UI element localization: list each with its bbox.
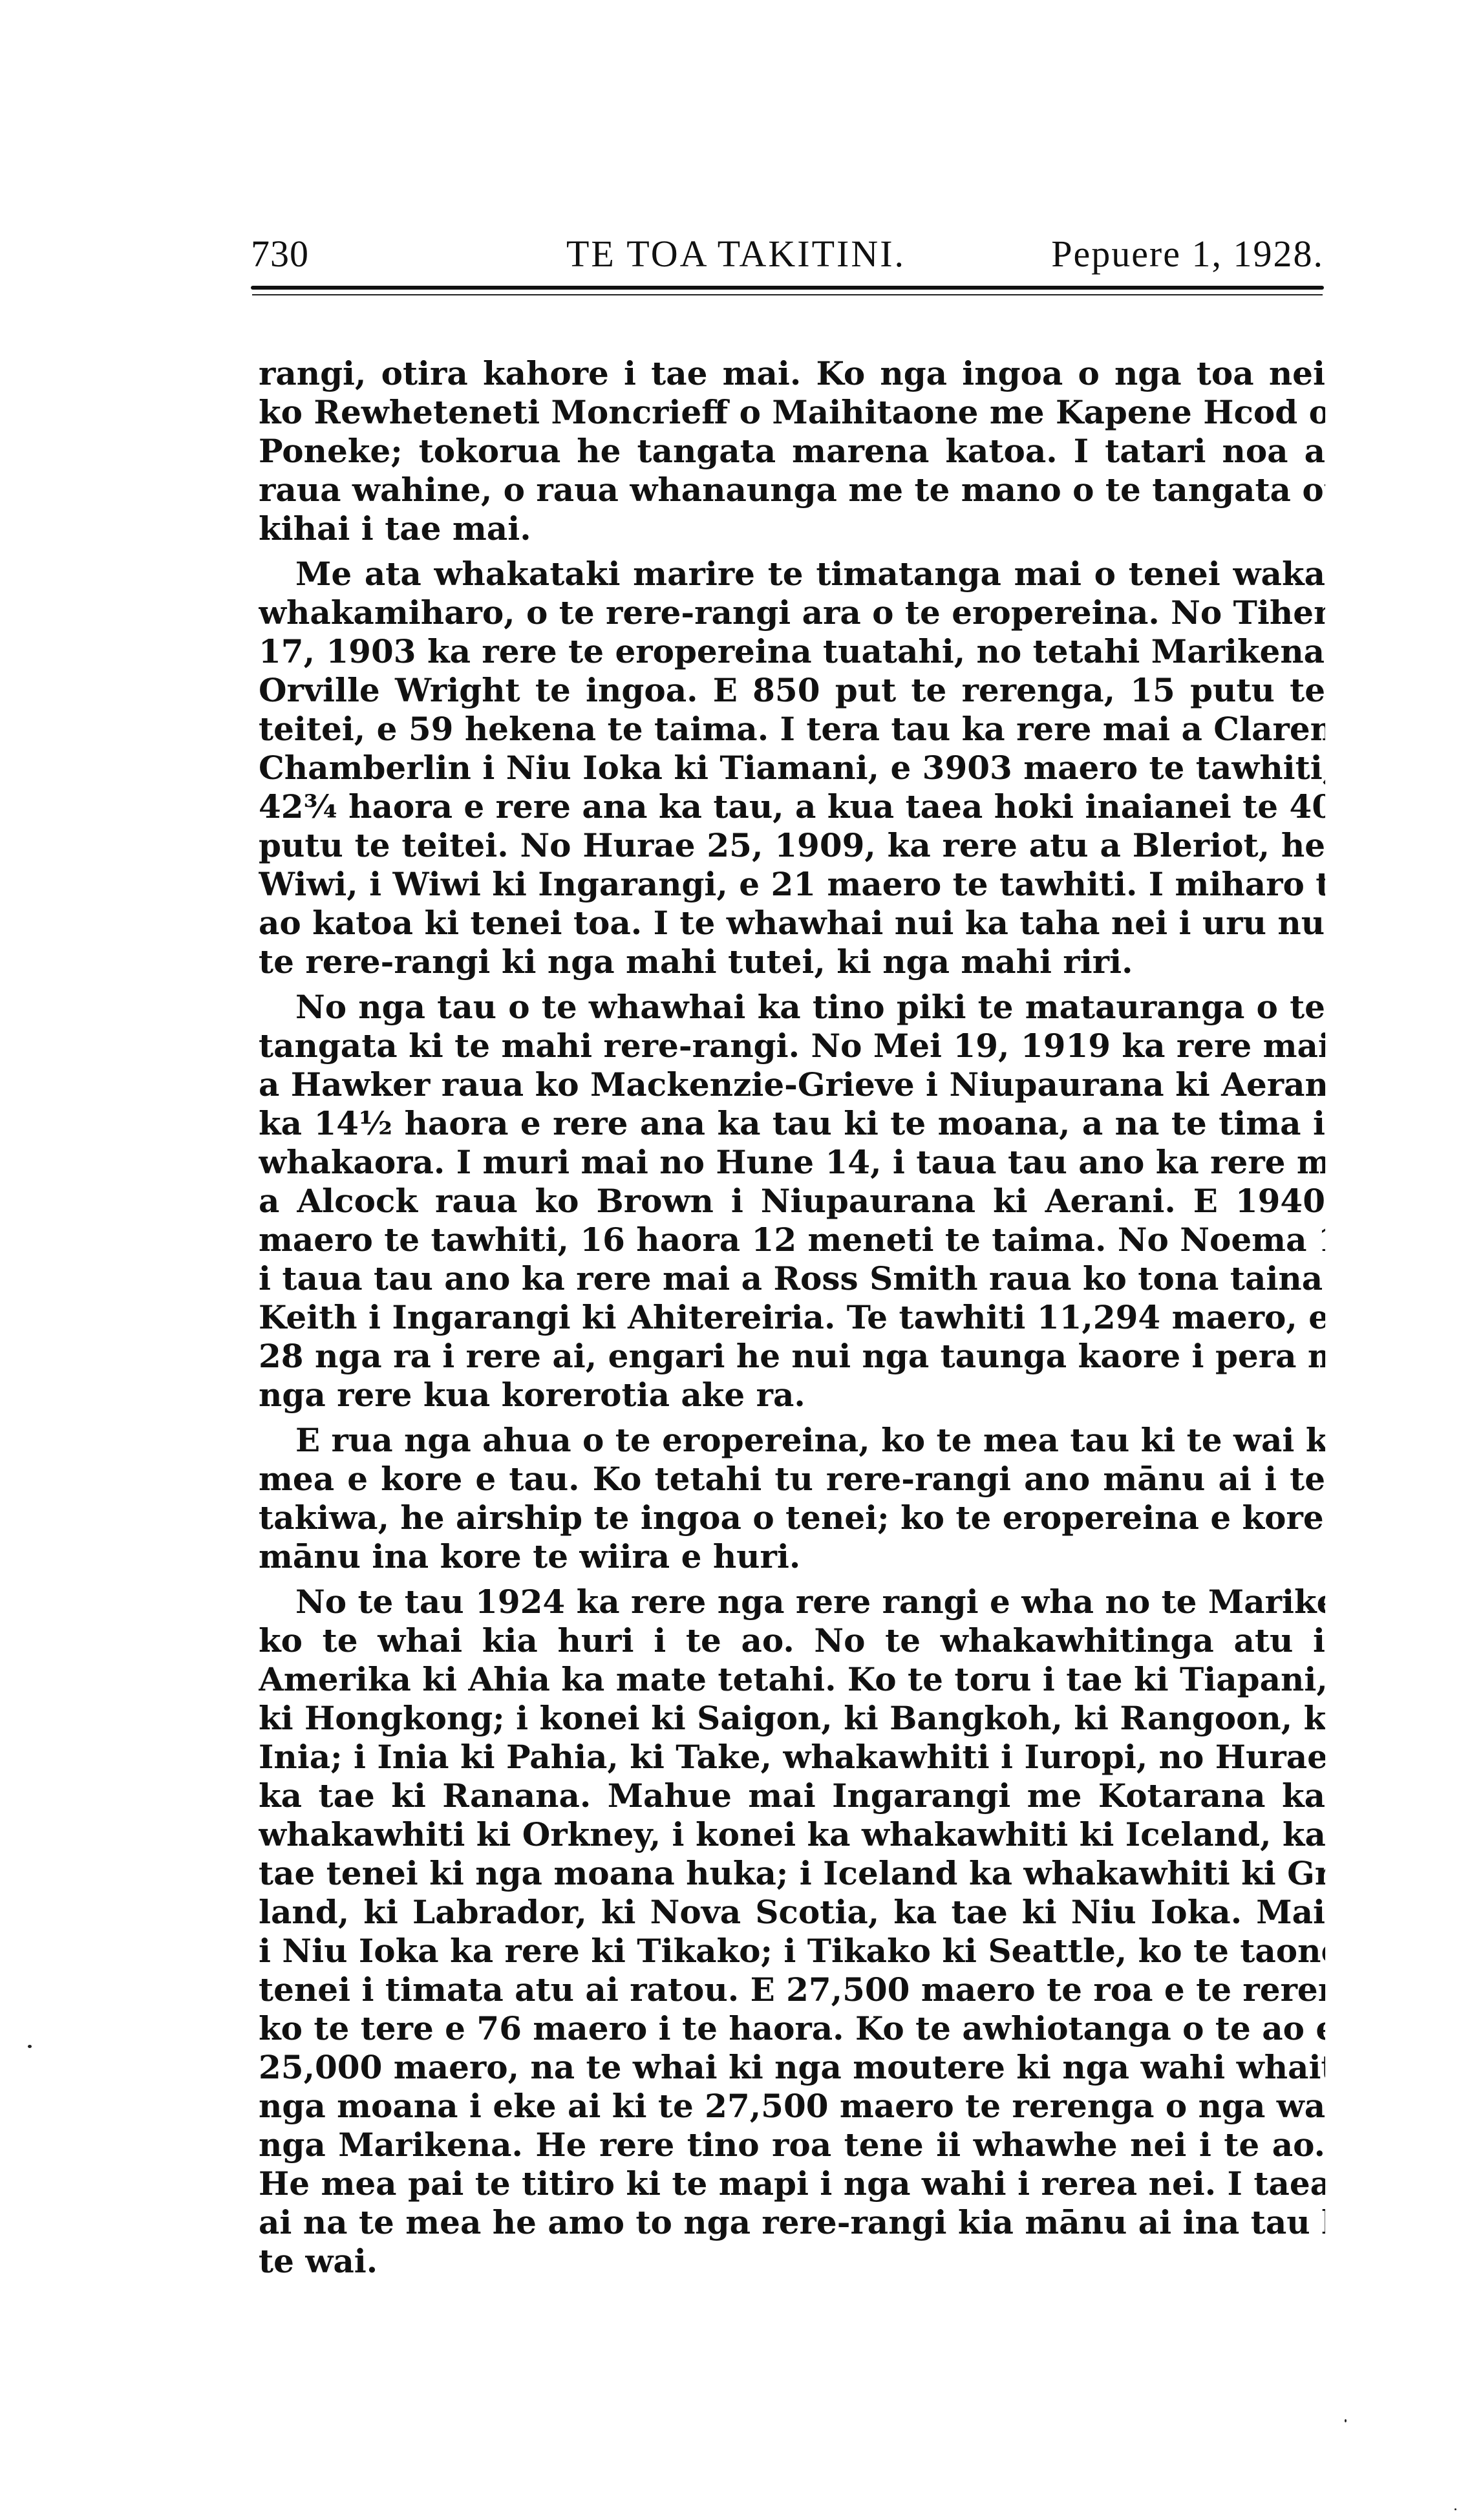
text-line: ka 14½ haora e rere ana ka tau ki te moa… <box>259 1104 1325 1143</box>
text-line: a Hawker raua ko Mackenzie-Grieve i Niup… <box>259 1065 1325 1104</box>
text-line: kihai i tae mai. <box>259 509 1325 548</box>
text-line: takiwa, he airship te ingoa o tenei; ko … <box>259 1499 1325 1537</box>
text-line: Chamberlin i Niu Ioka ki Tiamani, e 3903… <box>259 749 1325 787</box>
text-line: mānu ina kore te wiira e huri. <box>259 1537 1325 1576</box>
text-line: raua wahine, o raua whanaunga me te mano… <box>259 471 1325 509</box>
text-line: Keith i Ingarangi ki Ahitereiria. Te taw… <box>259 1298 1325 1337</box>
text-line: He mea pai te titiro ki te mapi i nga wa… <box>259 2164 1325 2203</box>
text-line: ko Rewheteneti Moncrieff o Maihitaone me… <box>259 393 1325 432</box>
text-line: whakamiharo, o te rere-rangi ara o te er… <box>259 593 1325 632</box>
text-line: whakaora. I muri mai no Hune 14, i taua … <box>259 1143 1325 1182</box>
text-line: i taua tau ano ka rere mai a Ross Smith … <box>259 1259 1325 1298</box>
paragraph: E rua nga ahua o te eropereina, ko te me… <box>259 1421 1325 1576</box>
paragraph: rangi, otira kahore i tae mai. Ko nga in… <box>259 354 1325 548</box>
text-line: tangata ki te mahi rere-rangi. No Mei 19… <box>259 1027 1325 1065</box>
text-line: ki Hongkong; i konei ki Saigon, ki Bangk… <box>259 1699 1325 1738</box>
text-line: ko te tere e 76 maero i te haora. Ko te … <box>259 2009 1325 2048</box>
text-line: 17, 1903 ka rere te eropereina tuatahi, … <box>259 632 1325 671</box>
text-line: ao katoa ki tenei toa. I te whawhai nui … <box>259 904 1325 943</box>
text-line: i Niu Ioka ka rere ki Tikako; i Tikako k… <box>259 1932 1325 1970</box>
text-line: tenei i timata atu ai ratou. E 27,500 ma… <box>259 1970 1325 2009</box>
scan-speck <box>28 2045 32 2048</box>
journal-title: TE TOA TAKITINI. <box>566 231 906 277</box>
running-header: 730 TE TOA TAKITINI. Pepuere 1, 1928. <box>251 231 1324 277</box>
document-page: 730 TE TOA TAKITINI. Pepuere 1, 1928. ra… <box>0 0 1481 2520</box>
page-number: 730 <box>251 231 309 277</box>
scan-speck <box>1454 2508 1456 2510</box>
text-line: ka tae ki Ranana. Mahue mai Ingarangi me… <box>259 1777 1325 1815</box>
text-line: nga Marikena. He rere tino roa tene ii w… <box>259 2126 1325 2164</box>
text-line: nga rere kua korerotia ake ra. <box>259 1376 1325 1415</box>
text-line: Wiwi, i Wiwi ki Ingarangi, e 21 maero te… <box>259 865 1325 904</box>
text-line: whakawhiti ki Orkney, i konei ka whakawh… <box>259 1815 1325 1854</box>
text-line: 25,000 maero, na te whai ki nga moutere … <box>259 2048 1325 2087</box>
text-line: Orville Wright te ingoa. E 850 put te re… <box>259 671 1325 710</box>
header-rule-thick <box>251 286 1324 290</box>
text-line: tae tenei ki nga moana huka; i Iceland k… <box>259 1854 1325 1893</box>
text-line: 42¾ haora e rere ana ka tau, a kua taea … <box>259 787 1325 826</box>
text-line: Inia; i Inia ki Pahia, ki Take, whakawhi… <box>259 1738 1325 1777</box>
text-line: land, ki Labrador, ki Nova Scotia, ka ta… <box>259 1893 1325 1932</box>
text-line: rangi, otira kahore i tae mai. Ko nga in… <box>259 354 1325 393</box>
text-line: Poneke; tokorua he tangata marena katoa.… <box>259 432 1325 471</box>
text-line: Me ata whakataki marire te timatanga mai… <box>259 555 1325 593</box>
text-line: 28 nga ra i rere ai, engari he nui nga t… <box>259 1337 1325 1376</box>
text-line: a Alcock raua ko Brown i Niupaurana ki A… <box>259 1182 1325 1221</box>
text-line: putu te teitei. No Hurae 25, 1909, ka re… <box>259 826 1325 865</box>
text-line: No te tau 1924 ka rere nga rere rangi e … <box>259 1583 1325 1621</box>
header-rule-thin <box>252 294 1323 295</box>
issue-date: Pepuere 1, 1928. <box>1051 231 1324 277</box>
text-line: ko te whai kia huri i te ao. No te whaka… <box>259 1621 1325 1660</box>
scan-speck <box>1345 2419 1347 2422</box>
text-line: maero te tawhiti, 16 haora 12 meneti te … <box>259 1221 1325 1259</box>
text-line: E rua nga ahua o te eropereina, ko te me… <box>259 1421 1325 1460</box>
text-line: No nga tau o te whawhai ka tino piki te … <box>259 988 1325 1027</box>
text-line: nga moana i eke ai ki te 27,500 maero te… <box>259 2087 1325 2126</box>
text-line: mea e kore e tau. Ko tetahi tu rere-rang… <box>259 1460 1325 1499</box>
paragraph: No nga tau o te whawhai ka tino piki te … <box>259 988 1325 1415</box>
text-line: teitei, e 59 hekena te taima. I tera tau… <box>259 710 1325 749</box>
text-line: ai na te mea he amo to nga rere-rangi ki… <box>259 2203 1325 2242</box>
text-line: te wai. <box>259 2242 1325 2281</box>
text-line: te rere-rangi ki nga mahi tutei, ki nga … <box>259 943 1325 981</box>
paragraph: Me ata whakataki marire te timatanga mai… <box>259 555 1325 981</box>
text-line: Amerika ki Ahia ka mate tetahi. Ko te to… <box>259 1660 1325 1699</box>
article-body: rangi, otira kahore i tae mai. Ko nga in… <box>259 354 1325 2287</box>
paragraph: No te tau 1924 ka rere nga rere rangi e … <box>259 1583 1325 2281</box>
